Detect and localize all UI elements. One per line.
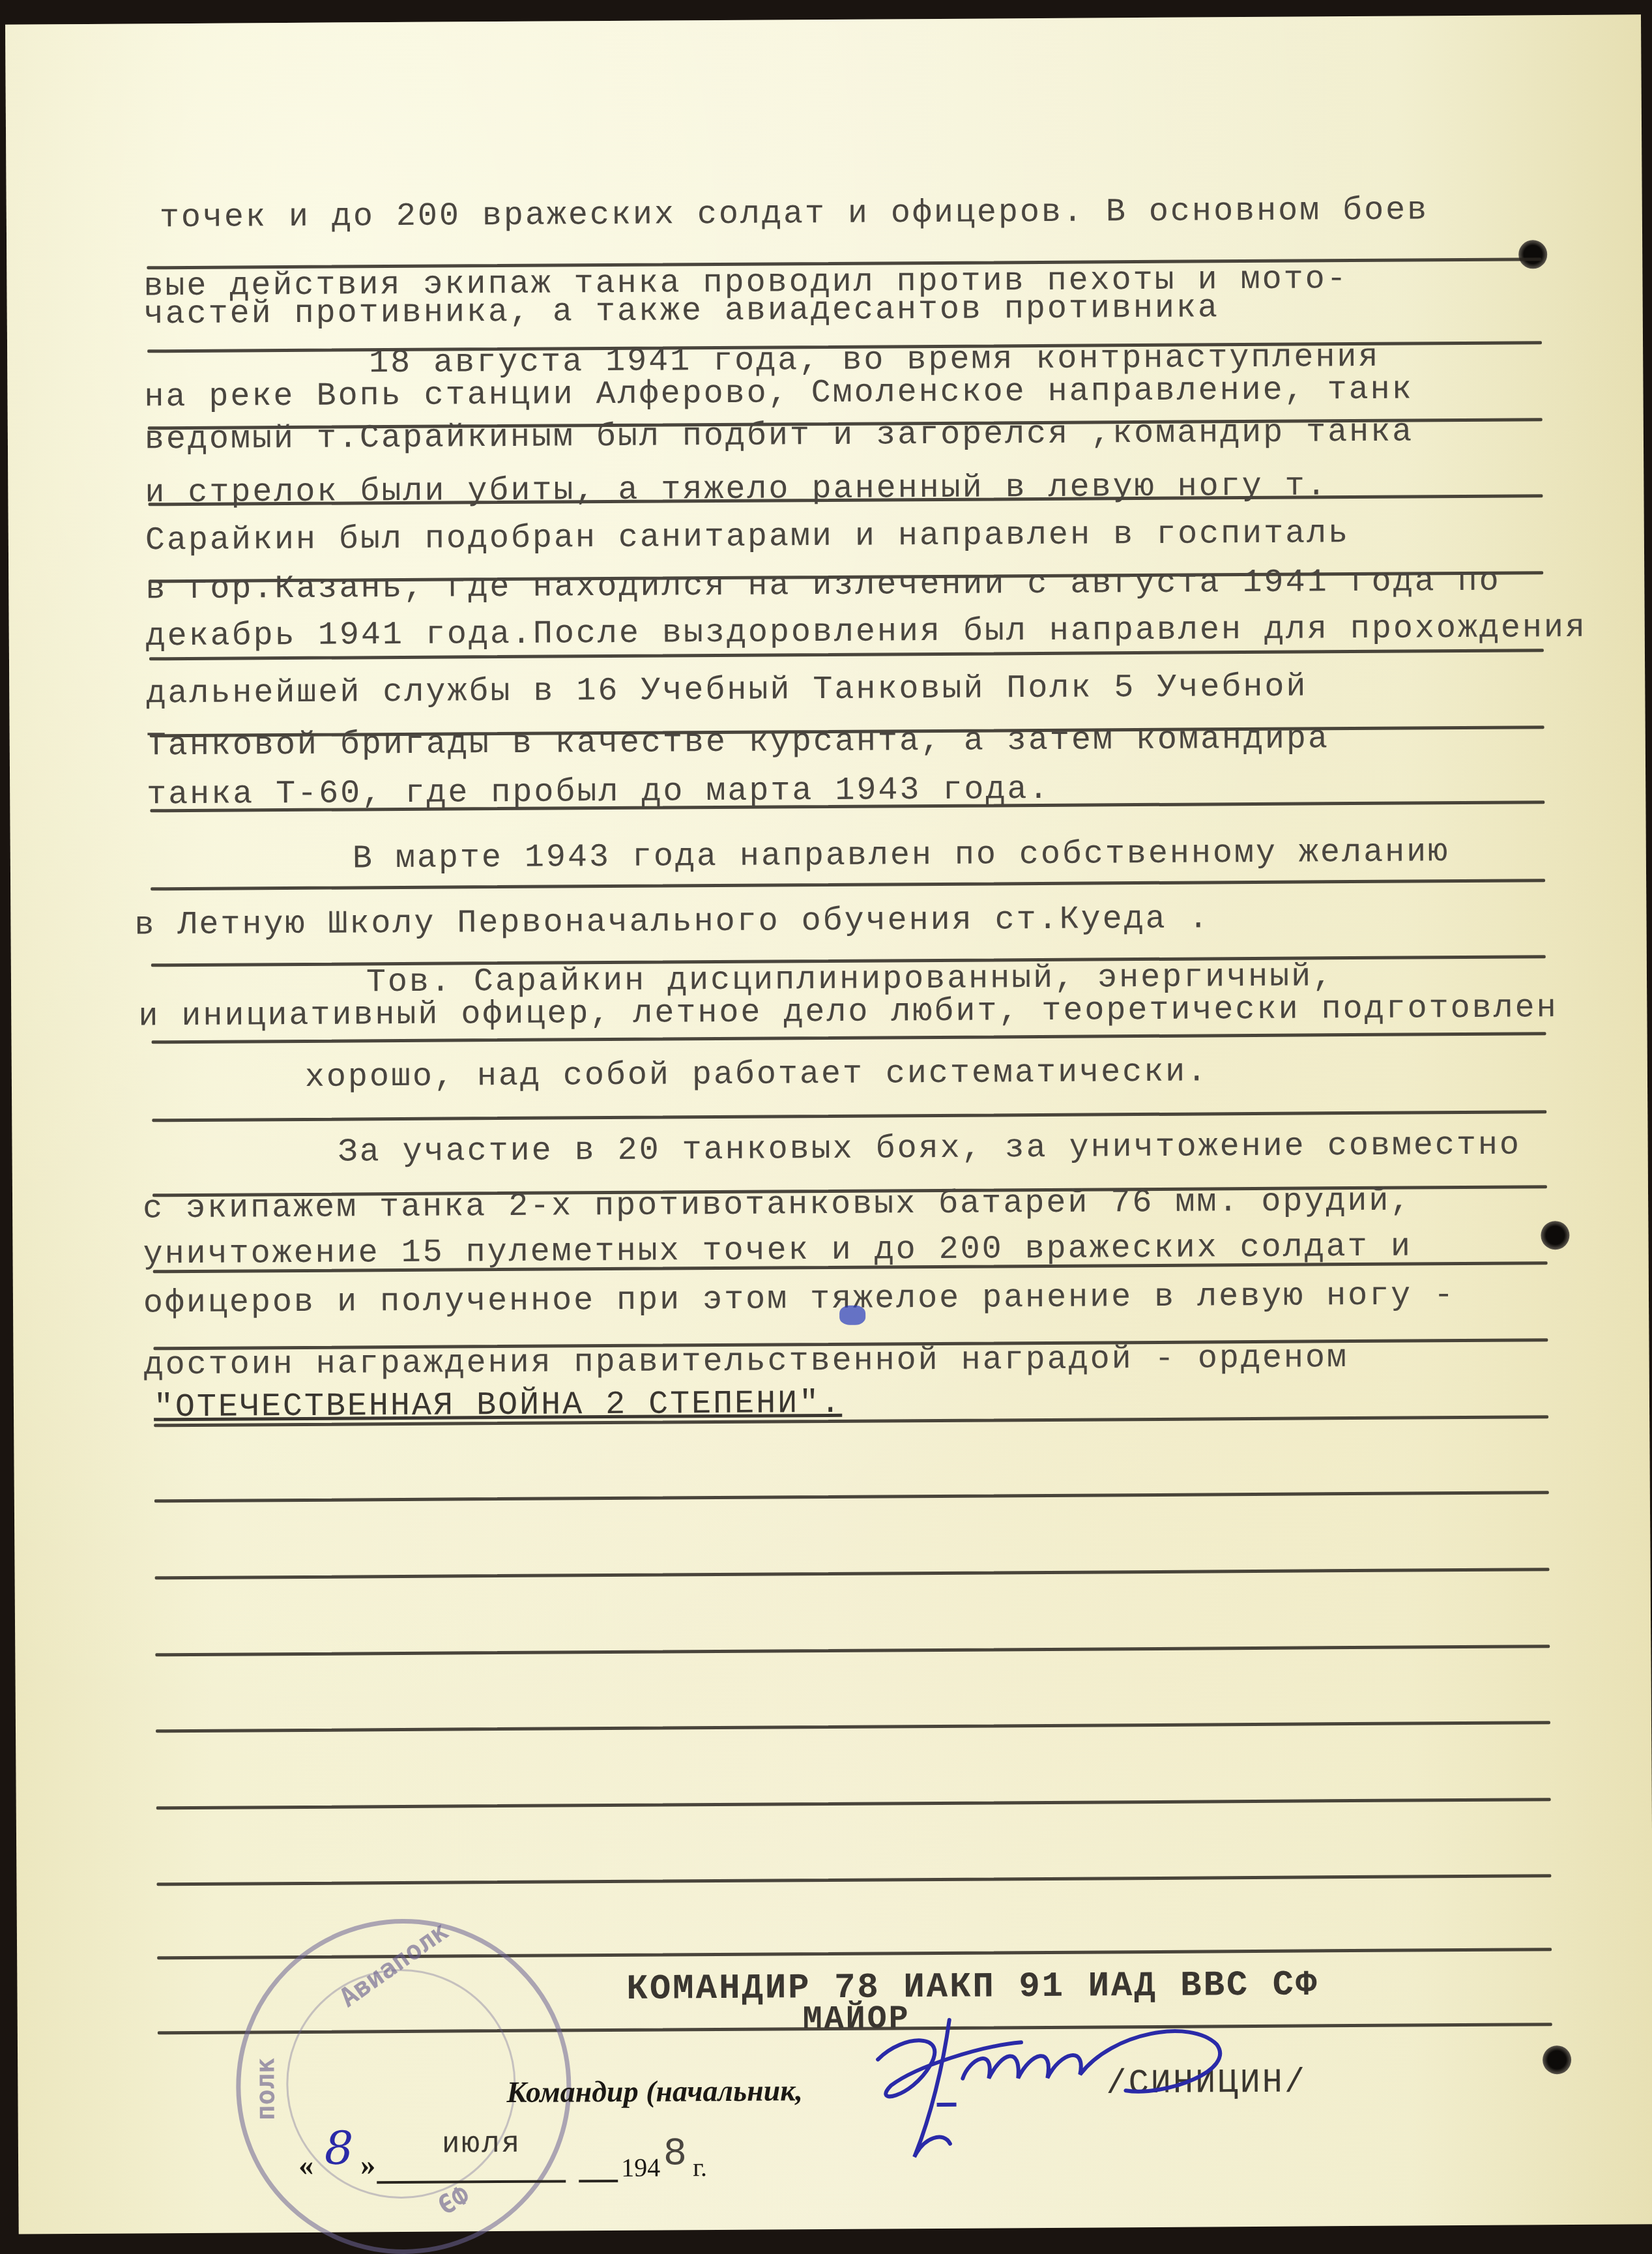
rule-line (154, 1491, 1549, 1502)
punch-hole-icon (1543, 2045, 1571, 2074)
body-line: декабрь 1941 года.После выздоровления бы… (146, 609, 1587, 656)
body-line: За участие в 20 танковых боях, за уничто… (338, 1126, 1521, 1171)
award-name: "ОТЕЧЕСТВЕННАЯ ВОЙНА 2 СТЕПЕНИ". (154, 1385, 842, 1426)
body-line: Сарайкин был подобран санитарами и напра… (145, 515, 1350, 559)
date-day: 8 (325, 2121, 354, 2174)
rule-line (156, 1874, 1551, 1886)
body-line: ведомый т.Сарайкиным был подбит и загоре… (145, 413, 1414, 458)
date-month: июля (442, 2127, 522, 2161)
body-line: В марте 1943 года направлен по собственн… (353, 834, 1450, 877)
stamp-text-left: полк (250, 2058, 281, 2121)
punch-hole-icon (1518, 240, 1547, 269)
rule-line (152, 1110, 1546, 1122)
date-year-abbr: г. (693, 2152, 707, 2182)
date-close-quote: » (360, 2147, 375, 2182)
body-line: Танковой бригады в качестве курсанта, а … (147, 720, 1330, 765)
rule-line (151, 879, 1545, 890)
document-page: точек и до 200 вражеских солдат и офицер… (5, 14, 1652, 2234)
commander-title: КОМАНДИР 78 ИАКП 91 ИАД ВВС СФ (626, 1965, 1319, 2009)
ink-mark (839, 1306, 865, 1325)
body-line: в гор.Казань, где находился на излечении… (145, 563, 1501, 609)
date-open-quote: « (298, 2148, 313, 2182)
rule-line (156, 1798, 1551, 1809)
form-label-commander: Командир (начальник, (506, 2073, 803, 2109)
body-line: на реке Вопь станции Алферово, Смоленско… (144, 371, 1413, 416)
body-line: и стрелок были убиты, а тяжело раненный … (145, 467, 1328, 512)
body-line: уничтожение 15 пулеметных точек и до 200… (143, 1229, 1412, 1274)
body-line: офицеров и полученное при этом тяжелое р… (143, 1277, 1456, 1322)
year-underline (579, 2180, 618, 2182)
body-line: частей противника, а также авиадесантов … (144, 289, 1220, 333)
punch-hole-icon (1541, 1221, 1569, 1250)
date-year-suffix: 8 (663, 2132, 689, 2176)
body-line: и инициативный офицер, летное дело любит… (138, 989, 1558, 1035)
date-year-prefix: 194 (621, 2152, 660, 2183)
body-line: достоин награждения правительственной на… (143, 1339, 1348, 1384)
rule-line (155, 1645, 1550, 1656)
rule-line (155, 1568, 1550, 1579)
stamp-inner-ring (285, 1969, 516, 2199)
rule-line (156, 1721, 1550, 1733)
body-line: дальнейшей службы в 16 Учебный Танковый … (146, 668, 1308, 712)
body-line: танка Т-60, где пробыл до марта 1943 год… (147, 771, 1051, 813)
body-line: с экипажем танка 2-х противотанковых бат… (143, 1183, 1412, 1228)
signature-icon (852, 2005, 1296, 2171)
body-line: хорошо, над собой работает систематическ… (305, 1053, 1209, 1096)
body-line: точек и до 200 вражеских солдат и офицер… (160, 192, 1429, 237)
body-line: в Летную Школу Первоначального обучения … (134, 900, 1210, 944)
